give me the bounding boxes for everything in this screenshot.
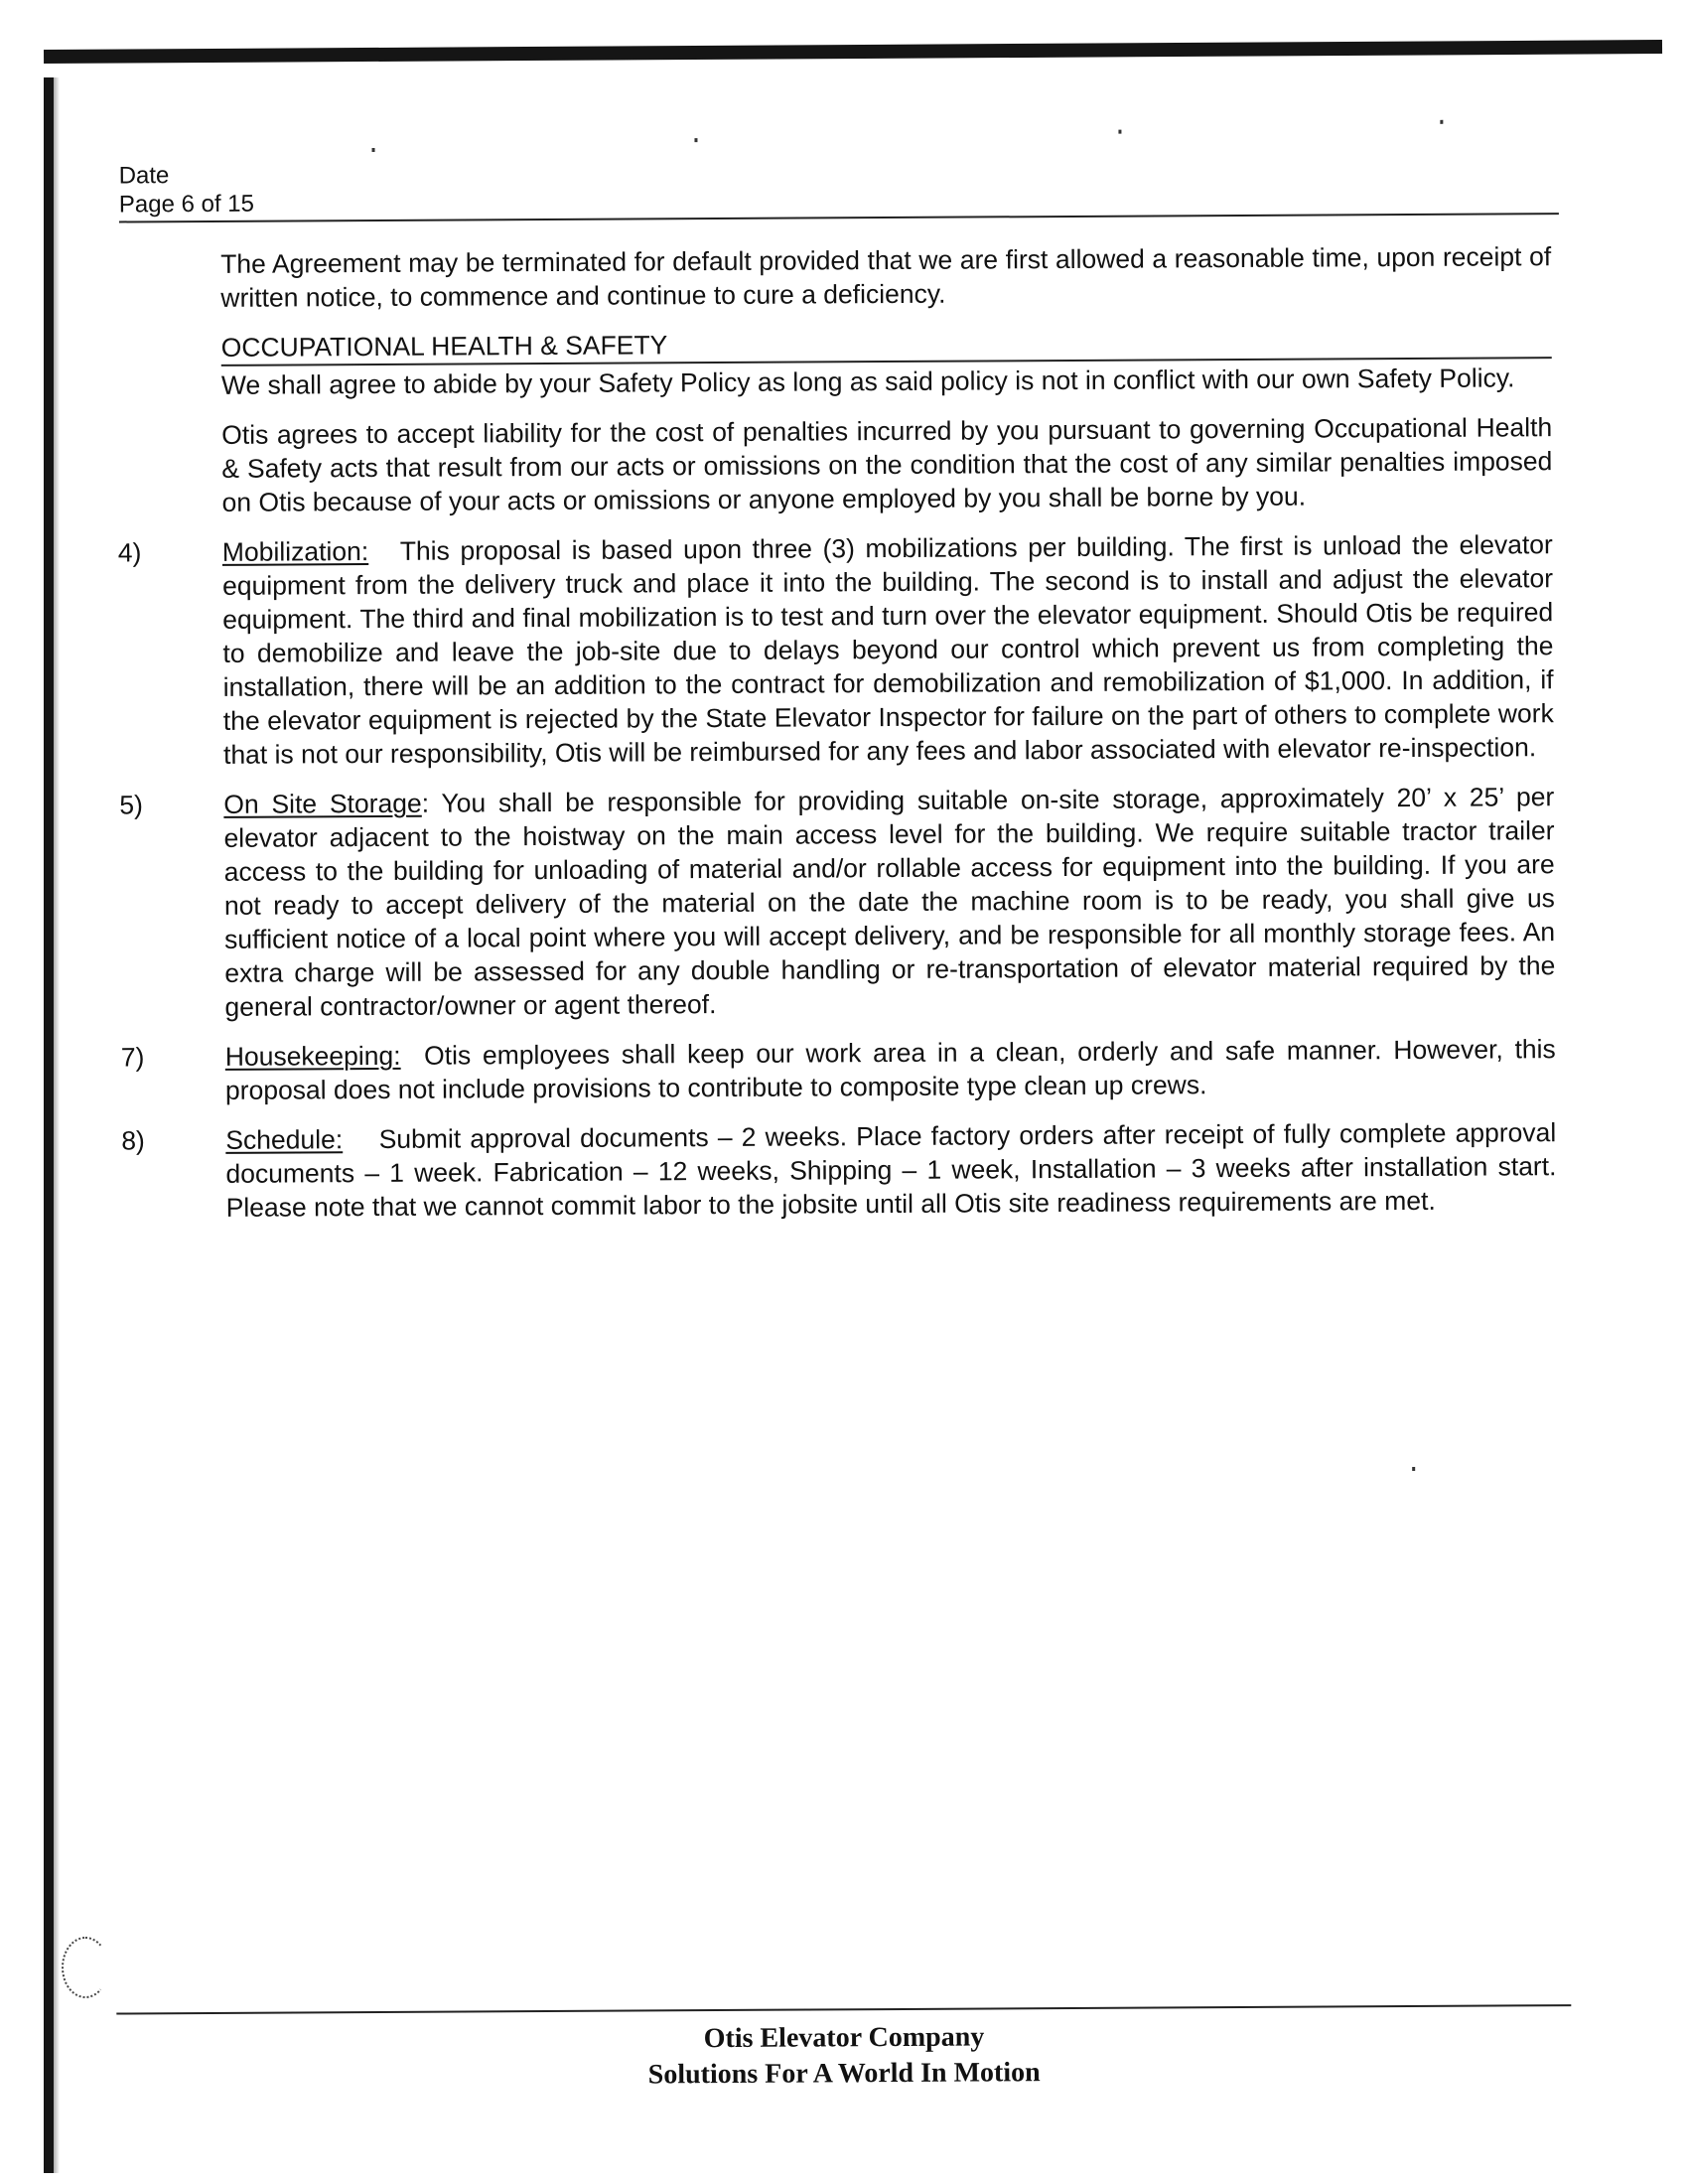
clause-text: This proposal is based upon three (3) mo… <box>222 529 1554 770</box>
footer-divider <box>116 2004 1571 2014</box>
clause-number: 8) <box>121 1123 145 1157</box>
clause-title: Schedule: <box>225 1124 343 1155</box>
clause-on-site-storage: 5) On Site Storage: You shall be respons… <box>223 780 1555 1024</box>
clause-number: 5) <box>119 788 143 821</box>
scan-speck <box>372 148 375 152</box>
clause-title: On Site Storage <box>223 789 422 819</box>
scan-speck <box>1118 130 1121 134</box>
document-body: The Agreement may be terminated for defa… <box>220 239 1557 1240</box>
clause-title: Housekeeping: <box>225 1041 401 1072</box>
clause-text: : You shall be responsible for providing… <box>223 782 1555 1022</box>
clause-schedule: 8) Schedule: Submit approval documents –… <box>225 1115 1557 1225</box>
scan-speck <box>694 138 697 142</box>
ohs-section: OCCUPATIONAL HEALTH & SAFETY We shall ag… <box>221 323 1553 519</box>
ohs-paragraph: Otis agrees to accept liability for the … <box>221 410 1553 519</box>
termination-paragraph: The Agreement may be terminated for defa… <box>220 239 1551 315</box>
clause-housekeeping: 7) Housekeeping: Otis employees shall ke… <box>225 1032 1556 1107</box>
clause-title: Mobilization: <box>222 536 368 567</box>
ohs-paragraph: We shall agree to abide by your Safety P… <box>221 361 1552 402</box>
scan-speck <box>1440 120 1443 124</box>
clause-number: 4) <box>118 535 142 569</box>
clause-text: Submit approval documents – 2 weeks. Pla… <box>225 1117 1556 1223</box>
scan-speck <box>1412 1467 1415 1471</box>
page-footer: Otis Elevator Company Solutions For A Wo… <box>116 2004 1571 2096</box>
document-page: Date Page 6 of 15 The Agreement may be t… <box>0 0 1688 2184</box>
page-header: Date Page 6 of 15 <box>119 153 1559 218</box>
clause-text: Otis employees shall keep our work area … <box>225 1034 1556 1105</box>
company-tagline: Solutions For A World In Motion <box>117 2052 1572 2096</box>
clause-number: 7) <box>121 1040 145 1074</box>
clause-mobilization: 4) Mobilization: This proposal is based … <box>222 527 1554 772</box>
